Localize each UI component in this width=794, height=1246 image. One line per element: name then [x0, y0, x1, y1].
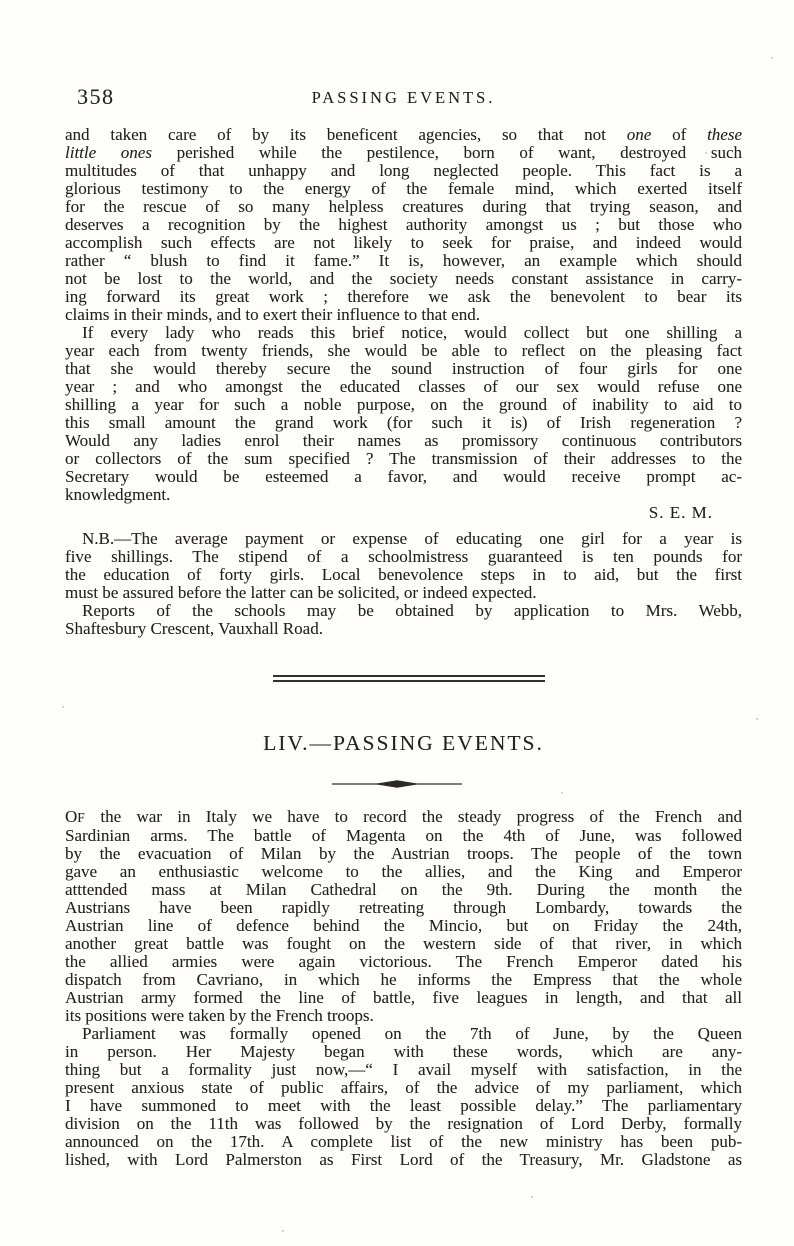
text-line: year ; and who amongst the educated clas…	[65, 378, 742, 396]
text-line: in person. Her Majesty began with these …	[65, 1043, 742, 1061]
text-line: ing forward its great work ; therefore w…	[65, 288, 742, 306]
running-header: 358 PASSING EVENTS.	[65, 84, 742, 112]
text-line: the education of forty girls. Local bene…	[65, 566, 742, 584]
text-line: Austrians have been rapidly retreating t…	[65, 899, 742, 917]
text-line: must be assured before the latter can be…	[65, 584, 742, 602]
scan-speck	[756, 718, 758, 720]
text-line: five shillings. The stipend of a schoolm…	[65, 548, 742, 566]
text-line: rather “ blush to find it fame.” It is, …	[65, 252, 742, 270]
divider-rule-bottom	[273, 680, 545, 682]
text-line: If every lady who reads this brief notic…	[65, 324, 742, 342]
text-line: by the evacuation of Milan by the Austri…	[65, 845, 742, 863]
scan-speck	[561, 792, 563, 794]
scan-speck	[771, 57, 773, 59]
text-line: another great battle was fought on the w…	[65, 935, 742, 953]
paragraph-parliament: Parliament was formally opened on the 7t…	[65, 1025, 742, 1169]
text-line: shilling a year for such a noble purpose…	[65, 396, 742, 414]
text-line: knowledgment.	[65, 486, 742, 504]
text-line: the allied armies were again victorious.…	[65, 953, 742, 971]
text-line: Reports of the schools may be obtained b…	[65, 602, 742, 620]
scan-speck	[705, 152, 707, 154]
paragraph-nota-bene: N.B.—The average payment or expense of e…	[65, 530, 742, 602]
text-line: Shaftesbury Crescent, Vauxhall Road.	[65, 620, 742, 638]
text-line: accomplish such effects are not likely t…	[65, 234, 742, 252]
text-line: dispatch from Cavriano, in which he info…	[65, 971, 742, 989]
text-line: and taken care of by its beneficent agen…	[65, 126, 742, 144]
text-line: its positions were taken by the French t…	[65, 1007, 742, 1025]
paragraph-reports: Reports of the schools may be obtained b…	[65, 602, 742, 638]
text-line: Austrian line of defence behind the Minc…	[65, 917, 742, 935]
text-line: Austrian army formed the line of battle,…	[65, 989, 742, 1007]
text-line: Secretary would be esteemed a favor, and…	[65, 468, 742, 486]
text-line: present anxious state of public affairs,…	[65, 1079, 742, 1097]
text-line: year each from twenty friends, she would…	[65, 342, 742, 360]
text-line: deserves a recognition by the highest au…	[65, 216, 742, 234]
text-line: that she would thereby secure the sound …	[65, 360, 742, 378]
divider-ornament-icon	[0, 777, 794, 795]
text-line: or collectors of the sum specified ? The…	[65, 450, 742, 468]
text-line: not be lost to the world, and the societ…	[65, 270, 742, 288]
author-initials: S. E. M.	[65, 504, 742, 522]
text-line: division on the 11th was followed by the…	[65, 1115, 742, 1133]
text-line: claims in their minds, and to exert thei…	[65, 306, 742, 324]
text-line: this small amount the grand work (for su…	[65, 414, 742, 432]
scanned-document-page: 358 PASSING EVENTS. and taken care of by…	[0, 0, 794, 1246]
article-title: LIV.—PASSING EVENTS.	[65, 731, 742, 756]
paragraph-war-in-italy: OF the war in Italy we have to record th…	[65, 808, 742, 1025]
scan-speck	[62, 706, 64, 708]
text-line: Parliament was formally opened on the 7t…	[65, 1025, 742, 1043]
running-title: PASSING EVENTS.	[65, 88, 742, 108]
text-line: multitudes of that unhappy and long negl…	[65, 162, 742, 180]
double-rule-divider	[273, 675, 545, 682]
text-line: Sardinian arms. The battle of Magenta on…	[65, 827, 742, 845]
text-line: lished, with Lord Palmerston as First Lo…	[65, 1151, 742, 1169]
text-line: N.B.—The average payment or expense of e…	[65, 530, 742, 548]
scan-speck	[531, 1196, 533, 1198]
article-body: OF the war in Italy we have to record th…	[65, 808, 742, 1169]
text-line: thing but a formality just now,—“ I avai…	[65, 1061, 742, 1079]
paragraph-appeal: If every lady who reads this brief notic…	[65, 324, 742, 504]
top-section-body: and taken care of by its beneficent agen…	[65, 126, 742, 638]
text-line: I have summoned to meet with the least p…	[65, 1097, 742, 1115]
text-line: for the rescue of so many helpless creat…	[65, 198, 742, 216]
scan-speck	[282, 1230, 284, 1232]
text-line: announced on the 17th. A complete list o…	[65, 1133, 742, 1151]
text-line: little ones perished while the pestilenc…	[65, 144, 742, 162]
text-line: Would any ladies enrol their names as pr…	[65, 432, 742, 450]
text-line: glorious testimony to the energy of the …	[65, 180, 742, 198]
text-line: OF the war in Italy we have to record th…	[65, 808, 742, 827]
paragraph-continuation: and taken care of by its beneficent agen…	[65, 126, 742, 324]
text-line: gave an enthusiastic welcome to the alli…	[65, 863, 742, 881]
text-line: atttended mass at Milan Cathedral on the…	[65, 881, 742, 899]
divider-rule-top	[273, 675, 545, 677]
